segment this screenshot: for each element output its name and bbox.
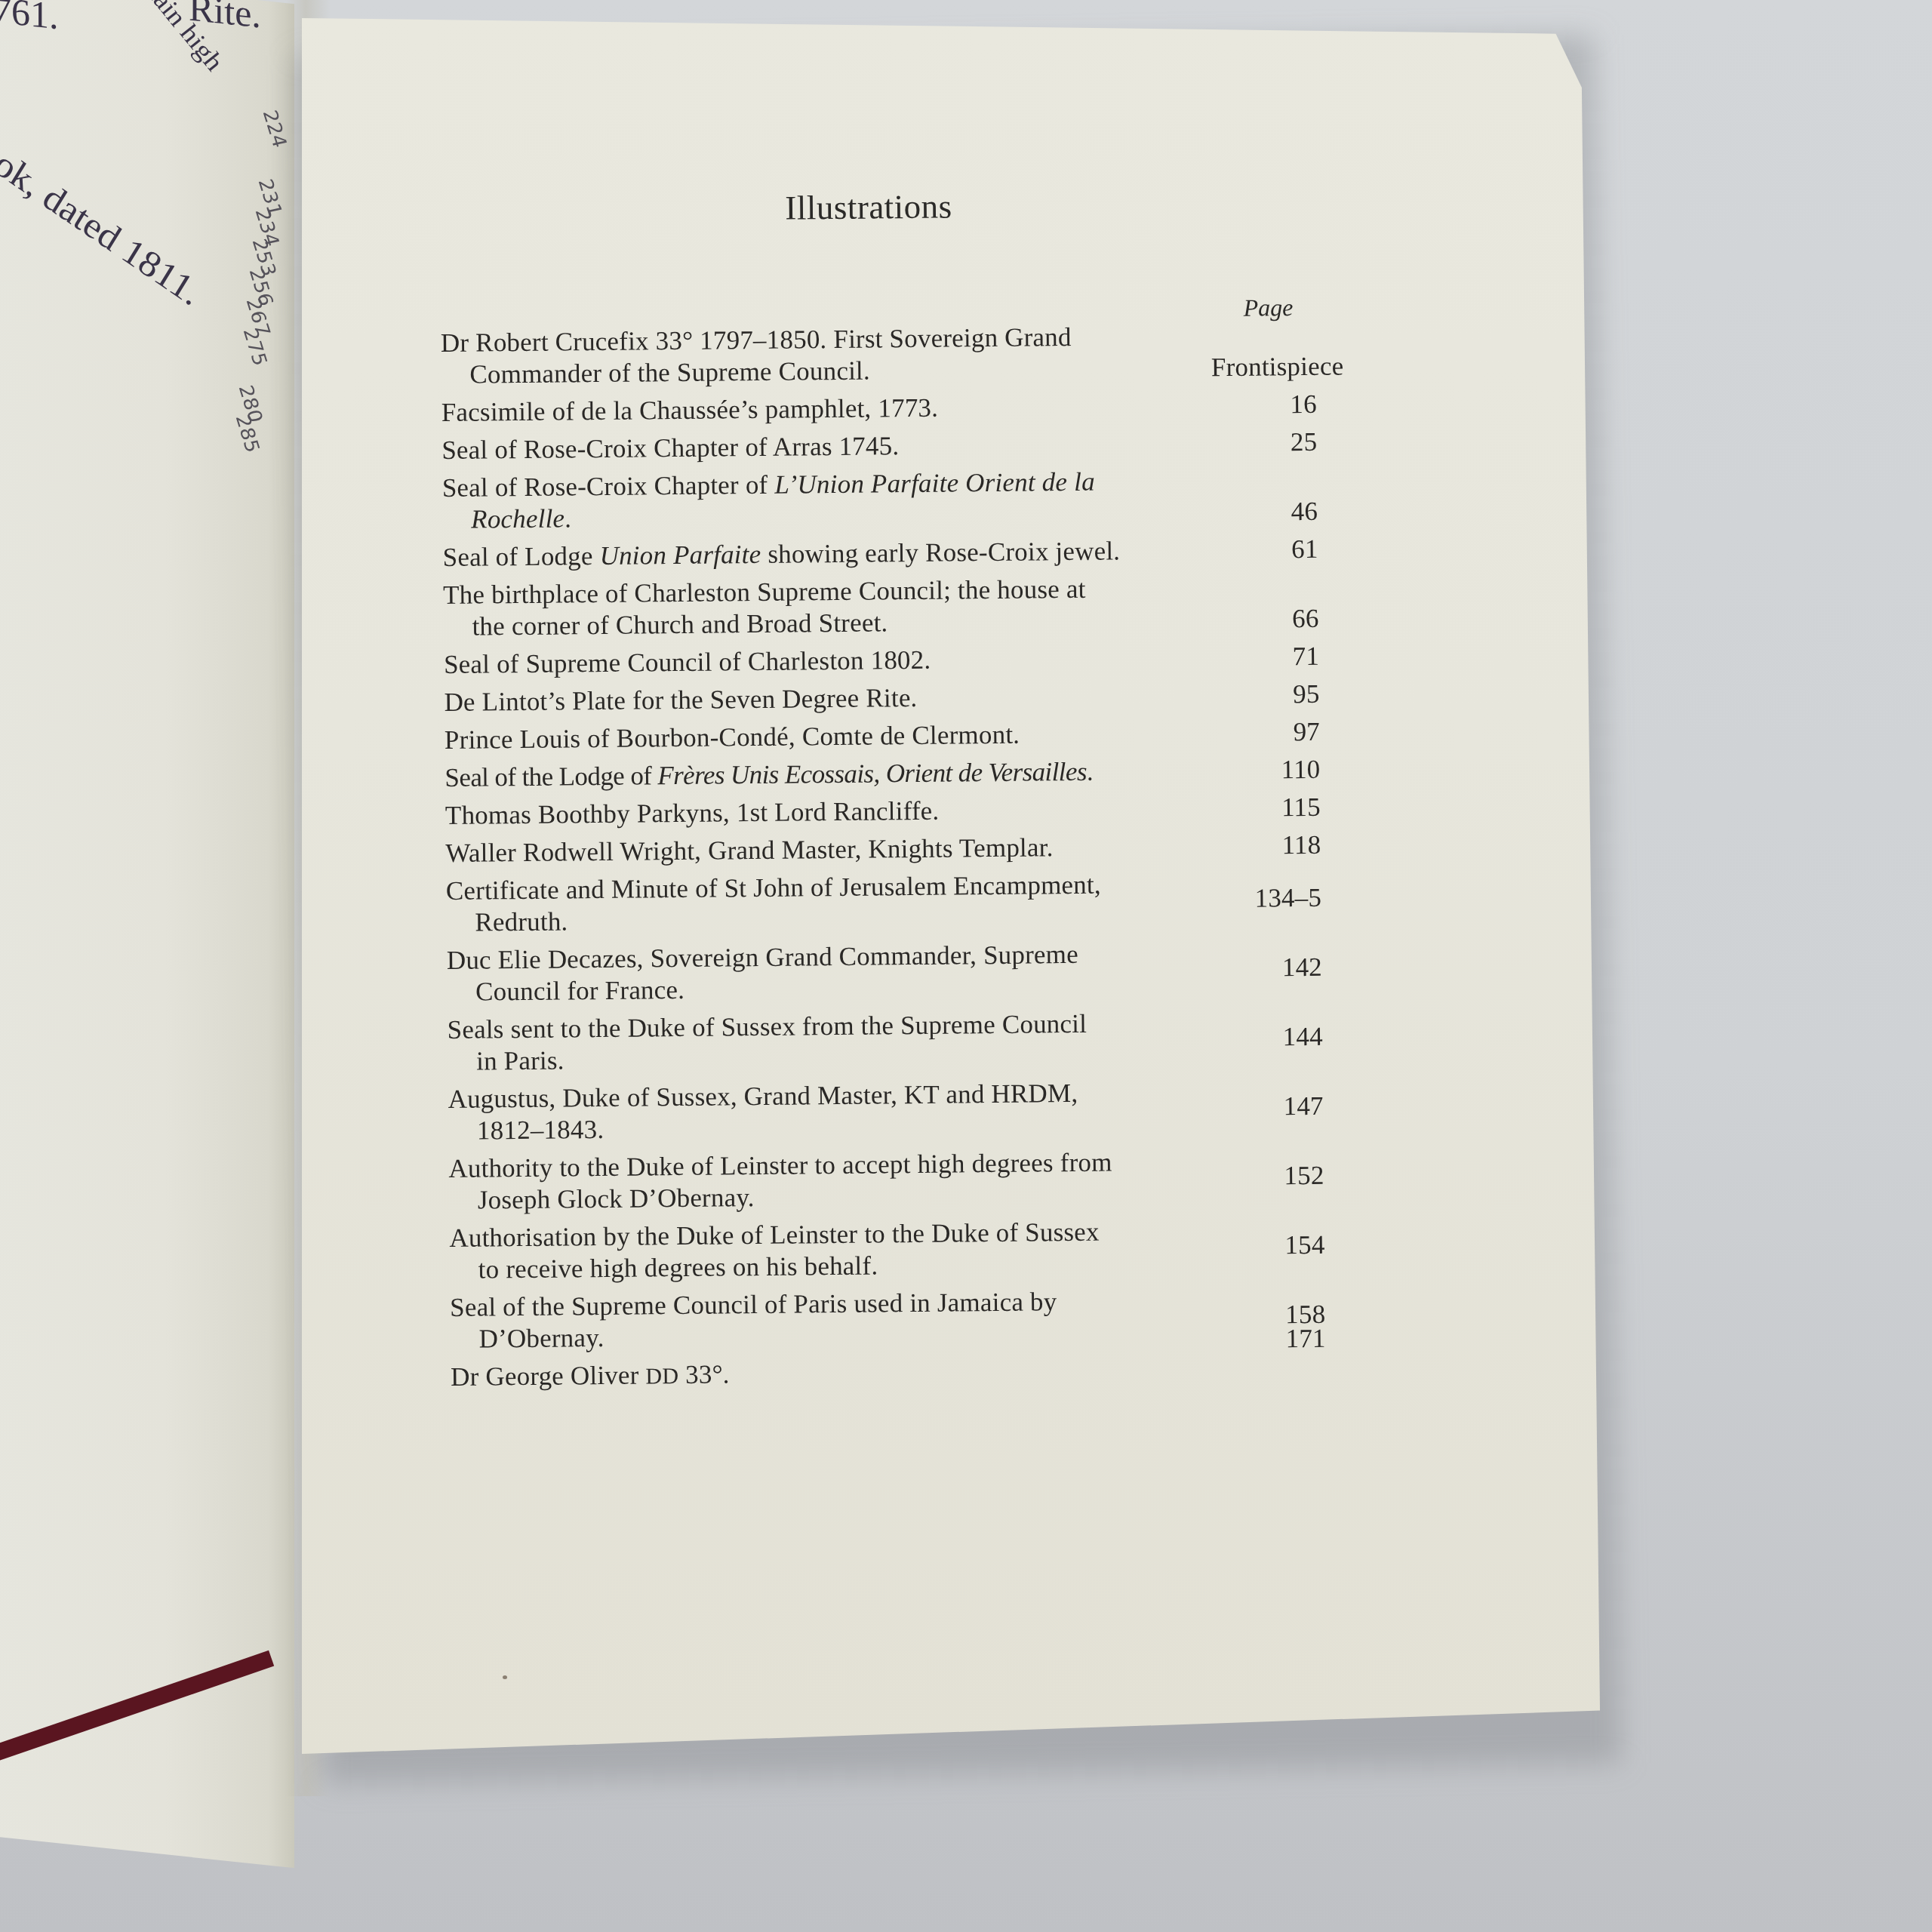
italic-title: Rochelle	[471, 503, 565, 534]
page-number: 147	[1283, 1091, 1324, 1123]
page-number: 25	[1291, 426, 1318, 458]
page-number: 46	[1291, 496, 1318, 528]
page-number: 16	[1290, 389, 1317, 420]
list-item: Seal of Rose-Croix Chapter of L’Union Pa…	[442, 463, 1394, 536]
list-item: Certificate and Minute of St John of Jer…	[446, 866, 1398, 939]
illustration-caption: Seal of Rose-Croix Chapter of L’Union Pa…	[442, 465, 1198, 536]
list-item: Thomas Boothby Parkyns, 1st Lord Ranclif…	[445, 791, 1396, 832]
page-number: 97	[1293, 716, 1320, 748]
page-number: 142	[1282, 952, 1323, 984]
illustration-caption: Duc Elie Decazes, Sovereign Grand Comman…	[447, 937, 1202, 1008]
illustration-caption: Dr Robert Crucefix 33° 1797–1850. First …	[441, 320, 1196, 391]
illustration-entries: Dr Robert Crucefix 33° 1797–1850. First …	[441, 318, 1402, 1401]
illustration-caption: Prince Louis of Bourbon-Condé, Comte de …	[445, 717, 1199, 756]
illustration-caption: Dr George Oliver DD 33°.	[451, 1354, 1205, 1395]
caption-line: Dr Robert Crucefix 33° 1797–1850. First …	[441, 322, 1072, 358]
left-page-number: 224	[257, 108, 291, 149]
illustration-caption: Authorisation by the Duke of Leinster to…	[449, 1215, 1204, 1286]
illustration-caption: Thomas Boothby Parkyns, 1st Lord Ranclif…	[445, 792, 1200, 832]
list-item: Seals sent to the Duke of Sussex from th…	[448, 1005, 1399, 1078]
page-number: 95	[1293, 678, 1320, 710]
list-item: Seal of the Supreme Council of Paris use…	[450, 1283, 1401, 1355]
italic-title: Frères Unis Ecossais, Orient de Versaill…	[657, 757, 1087, 790]
illustration-caption: The birthplace of Charleston Supreme Cou…	[443, 572, 1198, 643]
caption-line: Commander of the Supreme Council.	[441, 352, 1134, 391]
list-item: Facsimile of de la Chaussée’s pamphlet, …	[441, 388, 1392, 429]
list-item: Dr George Oliver DD 33°. 171	[451, 1352, 1401, 1395]
illustration-caption: De Lintot’s Plate for the Seven Degree R…	[444, 679, 1198, 718]
illustration-caption: Seal of the Supreme Council of Paris use…	[450, 1284, 1205, 1355]
illustration-caption: Facsimile of de la Chaussée’s pamphlet, …	[441, 389, 1196, 429]
page-column-header: Page	[1243, 294, 1293, 322]
page-number: 118	[1281, 829, 1321, 861]
illustration-caption: Seal of Supreme Council of Charleston 18…	[444, 641, 1198, 681]
left-page: Rite. 761. ng certain high ook, dated 18…	[0, 0, 294, 1868]
illustration-caption: Certificate and Minute of St John of Jer…	[446, 868, 1201, 939]
list-item: Seal of the Lodge of Frères Unis Ecossai…	[445, 753, 1395, 794]
paper-speck	[503, 1675, 507, 1679]
page-number: 66	[1292, 603, 1319, 635]
left-page-text-fragment: ook, dated 1811.	[0, 131, 209, 314]
illustration-caption: Authority to the Duke of Leinster to acc…	[448, 1146, 1204, 1217]
illustration-caption: Augustus, Duke of Sussex, Grand Master, …	[448, 1076, 1203, 1147]
page-number: 134–5	[1254, 882, 1321, 915]
list-item: Duc Elie Decazes, Sovereign Grand Comman…	[447, 936, 1398, 1008]
list-item: De Lintot’s Plate for the Seven Degree R…	[444, 678, 1395, 718]
page-number: 171	[1285, 1323, 1326, 1355]
italic-title: Union Parfaite	[599, 540, 761, 571]
page-number: 144	[1283, 1021, 1324, 1054]
page-number: 61	[1291, 534, 1318, 565]
list-item: Authorisation by the Duke of Leinster to…	[449, 1214, 1401, 1286]
page-number: 115	[1281, 792, 1321, 823]
list-item: Seal of Rose-Croix Chapter of Arras 1745…	[441, 426, 1392, 466]
page-number: 154	[1284, 1229, 1325, 1262]
italic-title: L’Union Parfaite Orient de la	[774, 467, 1095, 500]
small-caps-degree: DD	[645, 1364, 678, 1389]
page-number: 71	[1292, 641, 1319, 672]
page-number: 152	[1284, 1160, 1324, 1192]
page-title: Illustrations	[785, 186, 952, 227]
left-page-text-fragment: 761.	[0, 0, 59, 38]
illustration-caption: Seals sent to the Duke of Sussex from th…	[448, 1007, 1203, 1078]
illustration-caption: Seal of Lodge Union Parfaite showing ear…	[442, 534, 1197, 574]
list-item: Dr Robert Crucefix 33° 1797–1850. First …	[441, 318, 1392, 391]
page-number: Frontispiece	[1211, 351, 1344, 384]
illustration-caption: Seal of the Lodge of Frères Unis Ecossai…	[445, 755, 1199, 794]
illustration-caption: Seal of Rose-Croix Chapter of Arras 1745…	[441, 427, 1196, 466]
page-number: 110	[1281, 754, 1320, 786]
list-item: Waller Rodwell Wright, Grand Master, Kni…	[445, 829, 1396, 869]
list-item: Augustus, Duke of Sussex, Grand Master, …	[448, 1075, 1399, 1147]
list-item: The birthplace of Charleston Supreme Cou…	[443, 571, 1395, 643]
list-item: Authority to the Duke of Leinster to acc…	[448, 1144, 1400, 1217]
list-item: Seal of Supreme Council of Charleston 18…	[444, 640, 1395, 681]
list-item: Prince Louis of Bourbon-Condé, Comte de …	[445, 715, 1395, 756]
list-item: Seal of Lodge Union Parfaite showing ear…	[442, 533, 1393, 574]
illustration-caption: Waller Rodwell Wright, Grand Master, Kni…	[445, 830, 1200, 869]
